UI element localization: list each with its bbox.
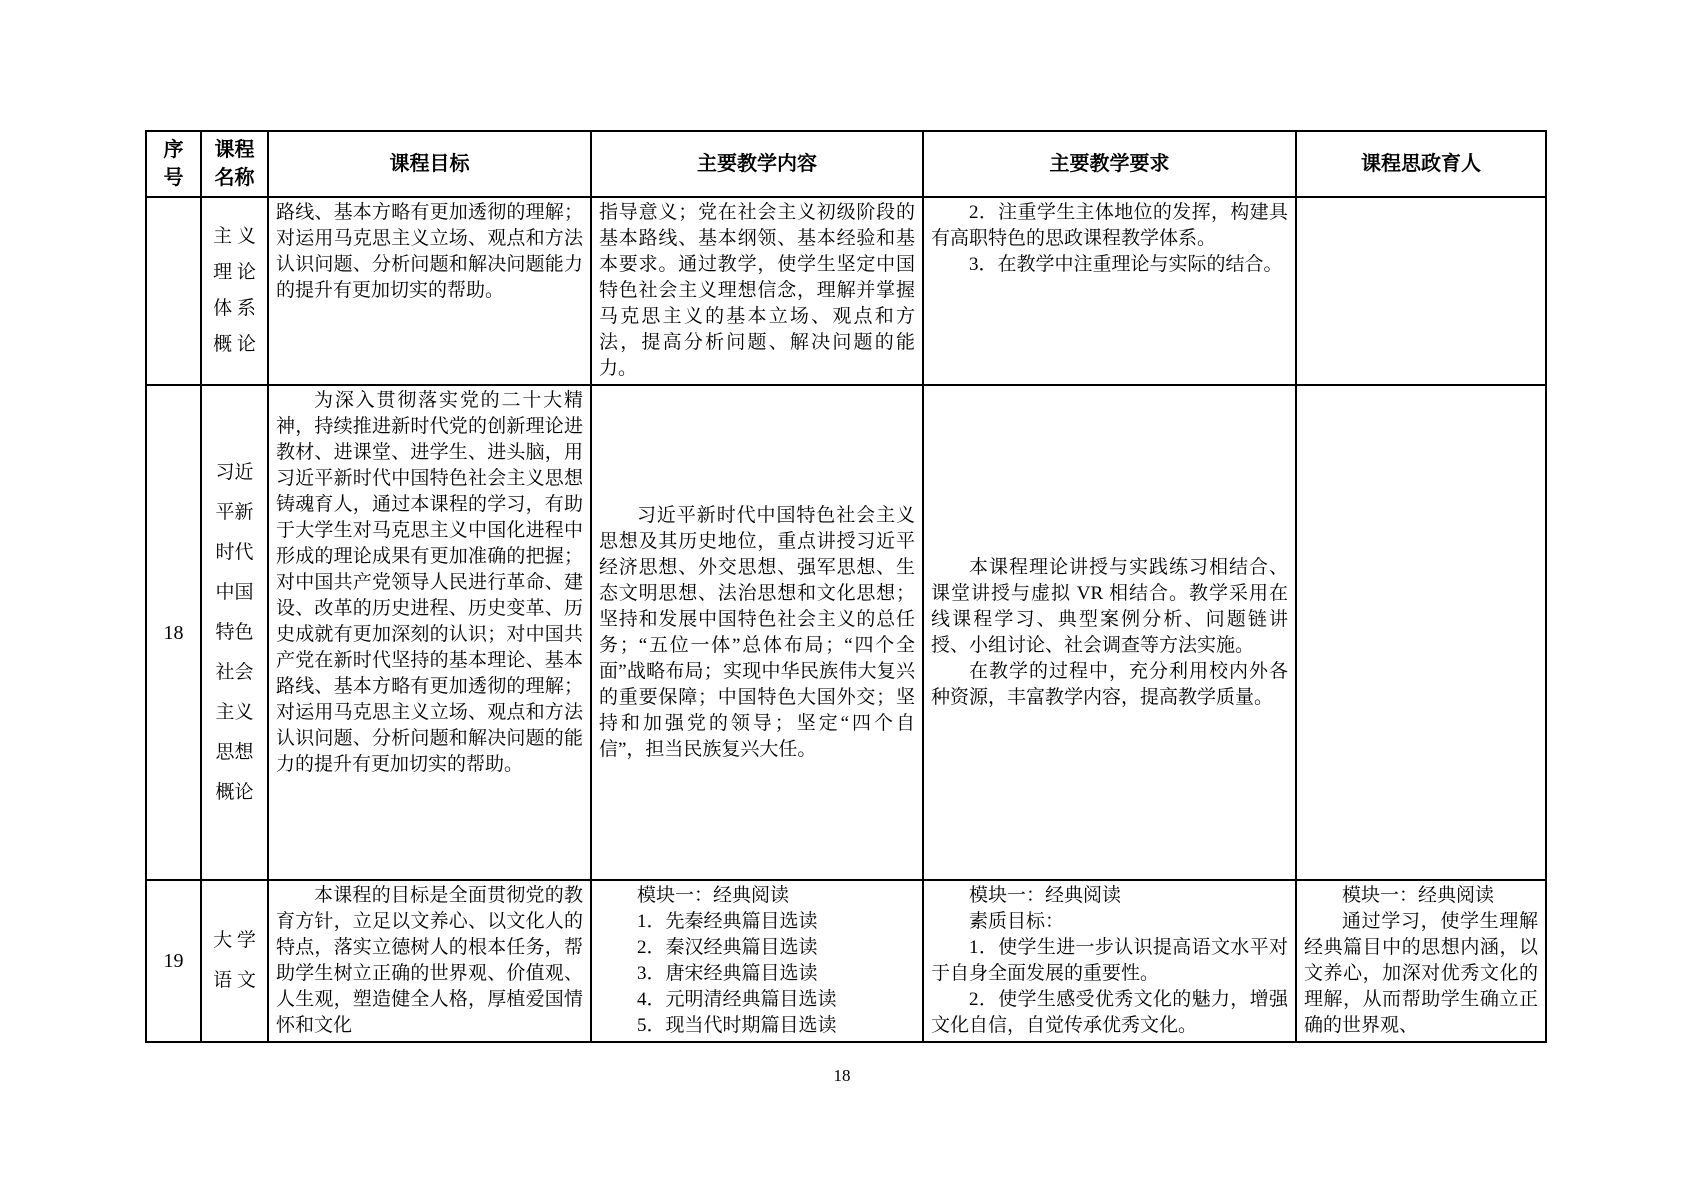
cell-course-goal: 为深入贯彻落实党的二十大精神，持续推进新时代党的创新理论进教材、进课堂、进学生、… <box>268 385 591 880</box>
header-course-name-line2: 名称 <box>204 164 265 192</box>
cell-course-name: 主 义 理 论 体 系 概 论 <box>201 197 268 385</box>
cell-ideology-education <box>1296 385 1546 880</box>
document-page: 序 号 课程 名称 课程目标 主要教学内容 主要教学要求 课程思政育人 主 义 … <box>0 0 1684 1191</box>
header-course-name: 课程 名称 <box>201 131 268 197</box>
page-number: 18 <box>0 1066 1684 1086</box>
content-paragraph: 5．现当代时期篇目选读 <box>599 1013 915 1039</box>
goal-paragraph: 本课程的目标是全面贯彻党的教育方针，立足以文养心、以文化人的特点，落实立德树人的… <box>276 883 583 1039</box>
content-paragraph: 模块一：经典阅读 <box>599 883 915 909</box>
header-teaching-requirement: 主要教学要求 <box>923 131 1296 197</box>
cell-teaching-requirement: 2．注重学生主体地位的发挥，构建具有高职特色的思政课程教学体系。 3．在教学中注… <box>923 197 1296 385</box>
cell-serial-number <box>146 197 201 385</box>
header-course-name-line1: 课程 <box>204 136 265 164</box>
cell-course-name: 习近 平新 时代 中国 特色 社会 主义 思想 概论 <box>201 385 268 880</box>
content-paragraph: 习近平新时代中国特色社会主义思想及其历史地位，重点讲授习近平经济思想、外交思想、… <box>599 503 915 763</box>
requirement-paragraph: 模块一：经典阅读 <box>931 883 1288 909</box>
cell-teaching-content: 指导意义；党在社会主义初级阶段的基本路线、基本纲领、基本经验和基本要求。通过教学… <box>591 197 923 385</box>
goal-paragraph: 路线、基本方略有更加透彻的理解；对运用马克思主义立场、观点和方法认识问题、分析问… <box>276 200 583 304</box>
content-paragraph: 4．元明清经典篇目选读 <box>599 987 915 1013</box>
requirement-paragraph: 3．在教学中注重理论与实际的结合。 <box>931 252 1288 278</box>
ideology-paragraph: 通过学习，使学生理解经典篇目中的思想内涵，以文养心，加深对优秀文化的理解，从而帮… <box>1304 909 1538 1039</box>
cell-ideology-education: 模块一：经典阅读 通过学习，使学生理解经典篇目中的思想内涵，以文养心，加深对优秀… <box>1296 880 1546 1042</box>
requirement-paragraph: 2．使学生感受优秀文化的魅力，增强文化自信，自觉传承优秀文化。 <box>931 987 1288 1039</box>
requirement-paragraph: 1．使学生进一步认识提高语文水平对于自身全面发展的重要性。 <box>931 935 1288 987</box>
cell-teaching-requirement: 本课程理论讲授与实践练习相结合、课堂讲授与虚拟 VR 相结合。教学采用在线课程学… <box>923 385 1296 880</box>
requirement-paragraph: 本课程理论讲授与实践练习相结合、课堂讲授与虚拟 VR 相结合。教学采用在线课程学… <box>931 555 1288 659</box>
cell-teaching-requirement: 模块一：经典阅读 素质目标： 1．使学生进一步认识提高语文水平对于自身全面发展的… <box>923 880 1296 1042</box>
cell-teaching-content: 习近平新时代中国特色社会主义思想及其历史地位，重点讲授习近平经济思想、外交思想、… <box>591 385 923 880</box>
table-row-19: 19 大 学 语 文 本课程的目标是全面贯彻党的教育方针，立足以文养心、以文化人… <box>146 880 1546 1042</box>
requirement-paragraph: 素质目标： <box>931 909 1288 935</box>
content-paragraph: 1．先秦经典篇目选读 <box>599 909 915 935</box>
header-serial-line2: 号 <box>149 164 198 192</box>
header-serial-line1: 序 <box>149 136 198 164</box>
ideology-paragraph: 模块一：经典阅读 <box>1304 883 1538 909</box>
cell-course-goal: 本课程的目标是全面贯彻党的教育方针，立足以文养心、以文化人的特点，落实立德树人的… <box>268 880 591 1042</box>
cell-course-goal: 路线、基本方略有更加透彻的理解；对运用马克思主义立场、观点和方法认识问题、分析问… <box>268 197 591 385</box>
header-row: 序 号 课程 名称 课程目标 主要教学内容 主要教学要求 课程思政育人 <box>146 131 1546 197</box>
header-ideology-education: 课程思政育人 <box>1296 131 1546 197</box>
requirement-paragraph: 在教学的过程中，充分利用校内外各种资源，丰富教学内容，提高教学质量。 <box>931 659 1288 711</box>
content-paragraph: 2．秦汉经典篇目选读 <box>599 935 915 961</box>
content-paragraph: 3．唐宋经典篇目选读 <box>599 961 915 987</box>
cell-serial-number: 19 <box>146 880 201 1042</box>
cell-serial-number: 18 <box>146 385 201 880</box>
goal-paragraph: 为深入贯彻落实党的二十大精神，持续推进新时代党的创新理论进教材、进课堂、进学生、… <box>276 388 583 778</box>
header-serial-number: 序 号 <box>146 131 201 197</box>
table-row-continuation: 主 义 理 论 体 系 概 论 路线、基本方略有更加透彻的理解；对运用马克思主义… <box>146 197 1546 385</box>
course-table: 序 号 课程 名称 课程目标 主要教学内容 主要教学要求 课程思政育人 主 义 … <box>145 130 1547 1043</box>
table-row-18: 18 习近 平新 时代 中国 特色 社会 主义 思想 概论 为深入贯彻落实党的二… <box>146 385 1546 880</box>
content-paragraph: 指导意义；党在社会主义初级阶段的基本路线、基本纲领、基本经验和基本要求。通过教学… <box>599 200 915 382</box>
requirement-paragraph: 2．注重学生主体地位的发挥，构建具有高职特色的思政课程教学体系。 <box>931 200 1288 252</box>
cell-teaching-content: 模块一：经典阅读 1．先秦经典篇目选读 2．秦汉经典篇目选读 3．唐宋经典篇目选… <box>591 880 923 1042</box>
header-teaching-content: 主要教学内容 <box>591 131 923 197</box>
header-course-goal: 课程目标 <box>268 131 591 197</box>
cell-course-name: 大 学 语 文 <box>201 880 268 1042</box>
cell-ideology-education <box>1296 197 1546 385</box>
